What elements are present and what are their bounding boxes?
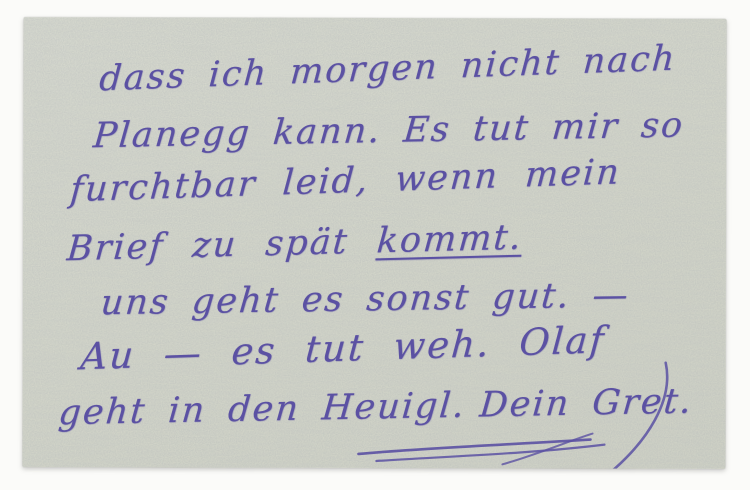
handwriting-line-1: dass ich morgen nicht nach	[98, 39, 678, 100]
handwriting-line-6: Au — es tut weh. Olaf	[79, 318, 607, 378]
handwriting-line-4: Brief zu spät kommt.	[65, 218, 524, 270]
scan-backdrop: dass ich morgen nicht nach Planegg kann.…	[0, 0, 750, 490]
line-4-text: Brief zu spät	[65, 221, 378, 269]
postcard: dass ich morgen nicht nach Planegg kann.…	[22, 17, 726, 469]
handwriting-line-2: Planegg kann. Es tut mir so	[92, 105, 686, 156]
handwriting-line-7: geht in den Heuigl.Dein Gret.	[57, 382, 695, 434]
handwritten-note: dass ich morgen nicht nach Planegg kann.…	[22, 17, 726, 469]
paper-texture	[22, 17, 726, 469]
signature: Dein Gret.	[478, 382, 695, 426]
signature-underline-flourish	[352, 432, 612, 467]
line-7-text: geht in den Heuigl.	[57, 386, 468, 434]
underlined-word-kommt: kommt.	[375, 218, 524, 262]
pen-descender-flourish	[587, 361, 677, 469]
handwriting-line-3: furchtbar leid, wenn mein	[69, 152, 622, 210]
handwriting-line-5: uns geht es sonst gut. —	[99, 275, 631, 323]
